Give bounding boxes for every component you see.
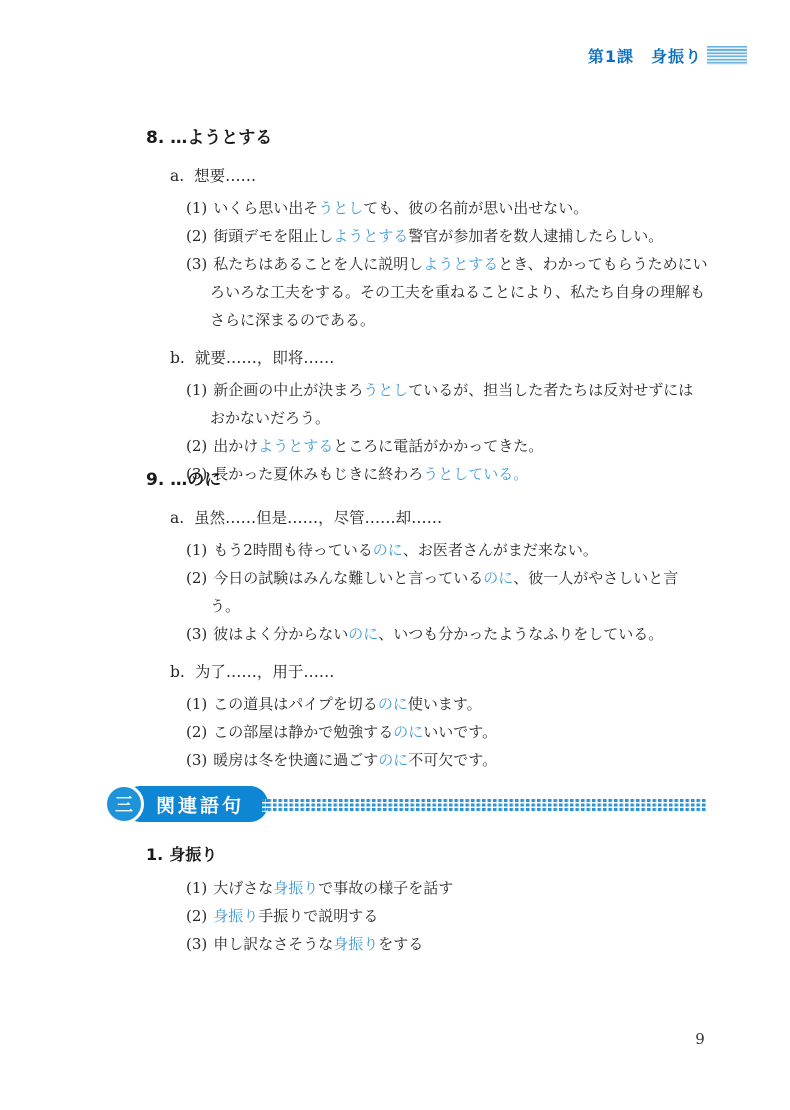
subsection-heading: a.想要…… <box>170 162 708 190</box>
example-sentence: (2)街頭デモを阻止しようとする警官が参加者を数人逮捕したらしい。 <box>146 222 708 250</box>
example-sentence: (2)身振り手振りで説明する <box>146 902 708 930</box>
grammar-highlight: のに <box>378 695 408 713</box>
lesson-title: 第1課 身振り <box>588 44 702 67</box>
example-number: (2) <box>186 569 207 587</box>
example-number: (2) <box>186 907 207 925</box>
grammar-highlight: うとし <box>318 199 363 217</box>
related-word: 身振り <box>169 845 217 864</box>
example-number: (3) <box>186 751 207 769</box>
example-sentence: (3)彼はよく分からないのに、いつも分かったようなふりをしている。 <box>146 620 708 648</box>
grammar-point-number: 8. <box>146 128 164 148</box>
grammar-highlight: 身振り <box>213 907 258 925</box>
example-sentence: (3)私たちはあることを人に説明しようとするとき、わかってもらうためにいろいろな… <box>146 250 708 334</box>
grammar-point-pattern: …のに <box>170 470 221 490</box>
grammar-highlight: ようとする <box>258 437 333 455</box>
example-sentence: (2)出かけようとするところに電話がかかってきた。 <box>146 432 708 460</box>
example-number: (1) <box>186 879 207 897</box>
grammar-highlight: のに <box>483 569 513 587</box>
example-sentence: (3)申し訳なさそうな身振りをする <box>146 930 708 958</box>
example-number: (3) <box>186 935 207 953</box>
textbook-page: 第1課 身振り 8.…ようとする a.想要…… (1)いくら思い出そうとしても、… <box>0 0 790 1110</box>
related-words-section: 1.身振り (1)大げさな身振りで事故の様子を話す (2)身振り手振りで説明する… <box>146 842 708 958</box>
grammar-highlight: のに <box>348 625 378 643</box>
grammar-highlight: のに <box>393 723 423 741</box>
example-number: (1) <box>186 541 207 559</box>
subsection-letter: b. <box>170 349 185 367</box>
grammar-point-number: 9. <box>146 470 164 490</box>
subsection-letter: a. <box>170 167 184 185</box>
grammar-highlight: のに <box>373 541 403 559</box>
grammar-section-9: 9.…のに a.虽然……但是……，尽管……却…… (1)もう2時間も待っているの… <box>146 468 708 774</box>
grammar-point-title: 9.…のに <box>146 468 708 492</box>
dotted-rule-decoration <box>262 799 706 812</box>
grammar-highlight: ようとする <box>333 227 408 245</box>
subsection-letter: a. <box>170 509 184 527</box>
grammar-point-pattern: …ようとする <box>170 128 272 148</box>
example-number: (2) <box>186 437 207 455</box>
subsection-meaning: 虽然……但是……，尽管……却…… <box>194 509 442 527</box>
grammar-point-title: 8.…ようとする <box>146 126 708 150</box>
example-sentence: (1)いくら思い出そうとしても、彼の名前が思い出せない。 <box>146 194 708 222</box>
example-sentence: (1)もう2時間も待っているのに、お医者さんがまだ来ない。 <box>146 536 708 564</box>
subsection-heading: b.就要……，即将…… <box>170 344 708 372</box>
subsection-letter: b. <box>170 663 185 681</box>
example-sentence: (3)暖房は冬を快適に過ごすのに不可欠です。 <box>146 746 708 774</box>
grammar-highlight: のに <box>378 751 408 769</box>
grammar-section-8: 8.…ようとする a.想要…… (1)いくら思い出そうとしても、彼の名前が思い出… <box>146 126 708 488</box>
example-number: (3) <box>186 625 207 643</box>
example-number: (1) <box>186 199 207 217</box>
example-sentence: (1)この道具はパイプを切るのに使います。 <box>146 690 708 718</box>
example-number: (2) <box>186 227 207 245</box>
subsection-heading: b.为了……，用于…… <box>170 658 708 686</box>
page-number: 9 <box>688 1030 712 1048</box>
example-sentence: (2)今日の試験はみんな難しいと言っているのに、彼一人がやさしいと言う。 <box>146 564 708 620</box>
subsection-heading: a.虽然……但是……，尽管……却…… <box>170 504 708 532</box>
grammar-highlight: うとし <box>363 381 408 399</box>
example-number: (1) <box>186 381 207 399</box>
related-word-number: 1. <box>146 845 163 864</box>
subsection-meaning: 想要…… <box>194 167 256 185</box>
example-sentence: (2)この部屋は静かで勉強するのにいいです。 <box>146 718 708 746</box>
related-word-title: 1.身振り <box>146 842 708 868</box>
example-number: (2) <box>186 723 207 741</box>
subsection-meaning: 就要……，即将…… <box>195 349 335 367</box>
grammar-highlight: 身振り <box>273 879 318 897</box>
section-number-circle: 三 <box>104 784 144 824</box>
grammar-highlight: 身振り <box>333 935 378 953</box>
example-sentence: (1)大げさな身振りで事故の様子を話す <box>146 874 708 902</box>
example-number: (1) <box>186 695 207 713</box>
example-sentence: (1)新企画の中止が決まろうとしているが、担当した者たちは反対せずにはおかないだ… <box>146 376 708 432</box>
grammar-highlight: ようとする <box>423 255 498 273</box>
header-stripes-decoration <box>707 46 747 65</box>
subsection-meaning: 为了……，用于…… <box>195 663 335 681</box>
page-header: 第1課 身振り <box>588 44 747 67</box>
related-words-badge: 三 関連語句 <box>104 784 268 824</box>
example-number: (3) <box>186 255 207 273</box>
